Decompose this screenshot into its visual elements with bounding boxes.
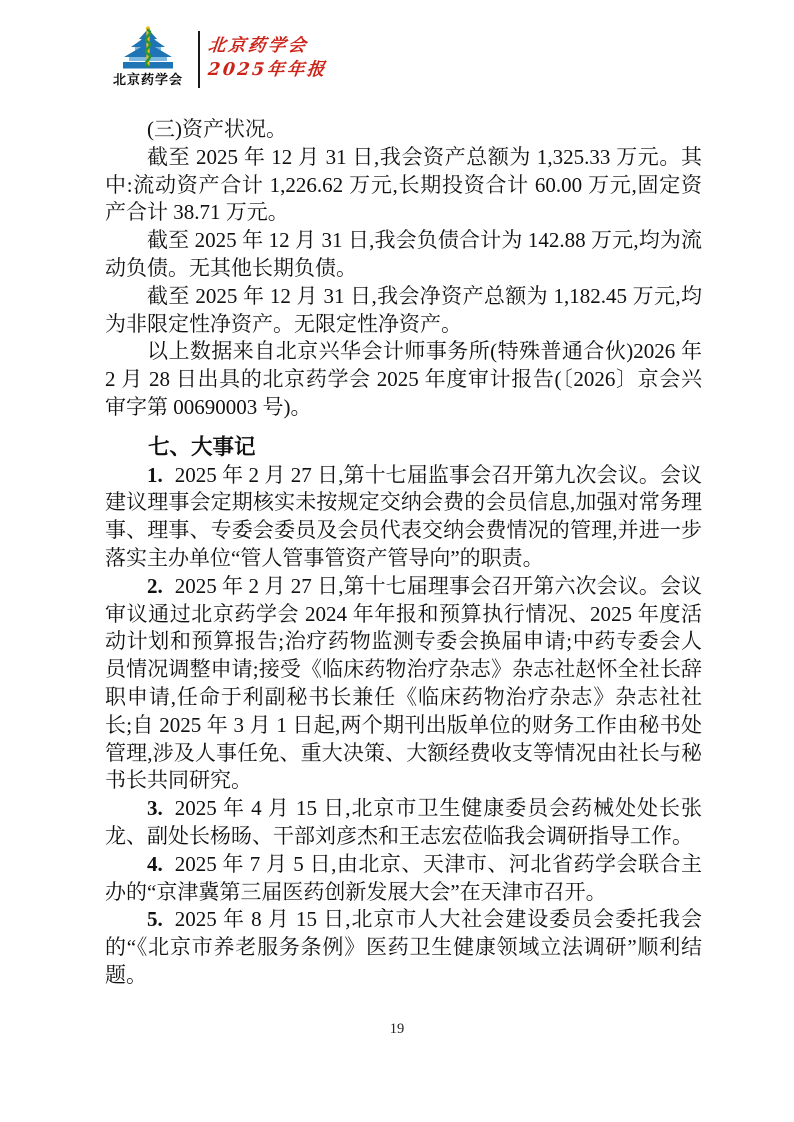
event-item-2-number: 2. bbox=[147, 574, 163, 598]
event-item-3-text: 2025 年 4 月 15 日,北京市卫生健康委员会药械处处长张龙、副处长杨旸、… bbox=[105, 796, 702, 848]
document-page: 北京药学会 北京药学会 2025年年报 (三)资产状况。 截至 2025 年 1… bbox=[0, 0, 794, 1122]
assets-paragraph-total: 截至 2025 年 12 月 31 日,我会资产总额为 1,325.33 万元。… bbox=[105, 144, 702, 227]
events-section-heading: 七、大事记 bbox=[105, 434, 702, 462]
event-item-1-text: 2025 年 2 月 27 日,第十七届监事会召开第九次会议。会议建议理事会定期… bbox=[105, 463, 702, 570]
event-item-5-text: 2025 年 8 月 15 日,北京市人大社会建设委员会委托我会的“《北京市养老… bbox=[105, 907, 702, 987]
header-brand: 北京药学会 2025年年报 bbox=[208, 26, 327, 90]
assets-subheading: (三)资产状况。 bbox=[105, 116, 702, 144]
document-content: (三)资产状况。 截至 2025 年 12 月 31 日,我会资产总额为 1,3… bbox=[105, 116, 702, 990]
event-item-3: 3.2025 年 4 月 15 日,北京市卫生健康委员会药械处处长张龙、副处长杨… bbox=[105, 795, 702, 851]
event-item-5-number: 5. bbox=[147, 907, 163, 931]
brand-org-name: 北京药学会 bbox=[207, 36, 328, 57]
brand-report-title: 2025年年报 bbox=[207, 60, 328, 81]
page-footer: 19 bbox=[0, 1021, 794, 1038]
assets-paragraph-audit-source: 以上数据来自北京兴华会计师事务所(特殊普通合伙)2026 年 2 月 28 日出… bbox=[105, 338, 702, 421]
org-logo-caption: 北京药学会 bbox=[113, 72, 183, 87]
header-divider bbox=[198, 31, 200, 88]
page-header: 北京药学会 北京药学会 2025年年报 bbox=[102, 26, 327, 90]
event-item-1-number: 1. bbox=[147, 463, 163, 487]
event-item-2: 2.2025 年 2 月 27 日,第十七届理事会召开第六次会议。会议审议通过北… bbox=[105, 573, 702, 795]
event-item-3-number: 3. bbox=[147, 796, 163, 820]
event-item-1: 1.2025 年 2 月 27 日,第十七届监事会召开第九次会议。会议建议理事会… bbox=[105, 462, 702, 573]
event-item-4: 4.2025 年 7 月 5 日,由北京、天津市、河北省药学会联合主办的“京津冀… bbox=[105, 851, 702, 907]
assets-paragraph-net-assets: 截至 2025 年 12 月 31 日,我会净资产总额为 1,182.45 万元… bbox=[105, 283, 702, 339]
event-item-5: 5.2025 年 8 月 15 日,北京市人大社会建设委员会委托我会的“《北京市… bbox=[105, 906, 702, 989]
pagoda-caduceus-icon bbox=[116, 26, 180, 72]
org-logo: 北京药学会 bbox=[102, 26, 194, 90]
assets-paragraph-liabilities: 截至 2025 年 12 月 31 日,我会负债合计为 142.88 万元,均为… bbox=[105, 227, 702, 283]
event-item-4-text: 2025 年 7 月 5 日,由北京、天津市、河北省药学会联合主办的“京津冀第三… bbox=[105, 852, 702, 904]
event-item-4-number: 4. bbox=[147, 852, 163, 876]
event-item-2-text: 2025 年 2 月 27 日,第十七届理事会召开第六次会议。会议审议通过北京药… bbox=[105, 574, 702, 793]
page-number: 19 bbox=[390, 1021, 405, 1037]
